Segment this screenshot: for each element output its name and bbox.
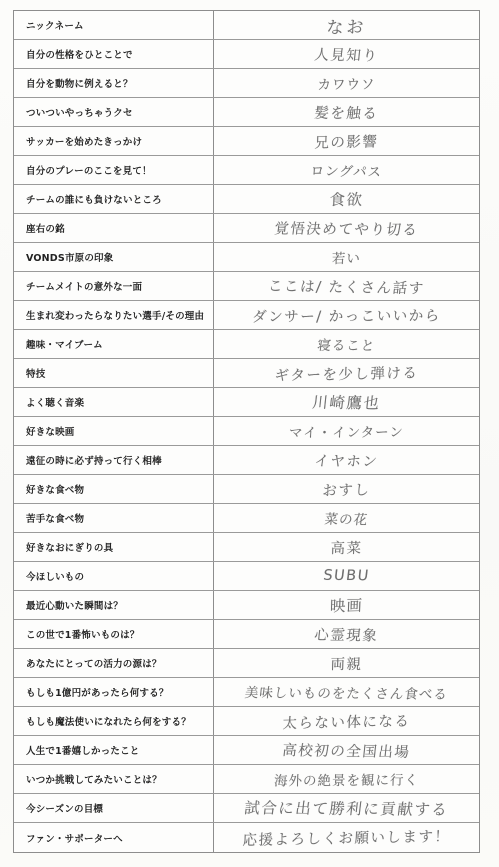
questionnaire-table: ニックネーム なお 自分の性格をひとことで 人見知り 自分を動物に例えると？ カ… — [13, 10, 480, 853]
table-row: ついついやっちゃうクセ 髪を触る — [14, 98, 479, 127]
table-row: 遠征の時に必ず持って行く相棒 イヤホン — [14, 446, 479, 475]
answer-handwriting: 太らない体になる — [214, 704, 480, 737]
answer-handwriting: 試合に出て勝利に貢献する — [212, 793, 480, 823]
table-row: 好きな映画 マイ・インターン — [14, 417, 479, 446]
question-label: 生まれ変わったらなりたい選手/その理由 — [14, 301, 214, 329]
table-row: この世で1番怖いものは？ 心霊現象 — [14, 620, 479, 649]
answer-handwriting: ロングパス — [213, 154, 481, 186]
question-label: 座右の銘 — [14, 214, 214, 242]
question-label: 人生で1番嬉しかったこと — [14, 736, 214, 764]
table-row: チームの誰にも負けないところ 食欲 — [14, 185, 479, 214]
answer-handwriting: SUBU — [212, 561, 480, 591]
question-label: ついついやっちゃうクセ — [14, 98, 214, 126]
question-label: 特技 — [14, 359, 214, 387]
table-row: 生まれ変わったらなりたい選手/その理由 ダンサー/ かっこいいから — [14, 301, 479, 330]
answer-handwriting: 両親 — [214, 648, 480, 678]
answer-handwriting: 美味しいものをたくさん食べる — [212, 677, 480, 707]
answer-handwriting: 川崎鷹也 — [213, 386, 481, 418]
answer-handwriting: 高校初の全国出場 — [213, 734, 481, 766]
table-row: 趣味・マイブーム 寝ること — [14, 330, 479, 359]
question-label: 自分の性格をひとことで — [14, 40, 214, 68]
answer-handwriting: ダンサー/ かっこいいから — [214, 300, 480, 330]
table-row: 最近心動いた瞬間は？ 映画 — [14, 591, 479, 620]
question-label: 苦手な食べ物 — [14, 504, 214, 532]
question-label: 好きな食べ物 — [14, 475, 214, 503]
table-row: もしも1億円があったら何する？ 美味しいものをたくさん食べる — [14, 678, 479, 707]
answer-handwriting: 菜の花 — [213, 502, 481, 534]
answer-handwriting: 応援よろしくお願いします！ — [214, 820, 480, 854]
answer-handwriting: マイ・インターン — [214, 416, 480, 446]
answer-handwriting: 高菜 — [214, 532, 480, 562]
question-label: 自分を動物に例えると？ — [14, 69, 214, 97]
table-row: ファン・サポーターへ 応援よろしくお願いします！ — [14, 823, 479, 852]
question-label: いつか挑戦してみたいことは？ — [14, 765, 214, 793]
question-label: 好きなおにぎりの具 — [14, 533, 214, 561]
answer-handwriting: 海外の絶景を観に行く — [214, 764, 480, 794]
question-label: チームの誰にも負けないところ — [14, 185, 214, 213]
answer-handwriting: 人見知り — [213, 38, 481, 70]
table-row: 自分の性格をひとことで 人見知り — [14, 40, 479, 69]
answer-handwriting: 寝ること — [212, 329, 480, 359]
question-label: 今シーズンの目標 — [14, 794, 214, 822]
question-label: あなたにとっての活力の源は？ — [14, 649, 214, 677]
table-row: 好きなおにぎりの具 高菜 — [14, 533, 479, 562]
question-label: 趣味・マイブーム — [14, 330, 214, 358]
table-row: あなたにとっての活力の源は？ 両親 — [14, 649, 479, 678]
question-label: この世で1番怖いものは？ — [14, 620, 214, 648]
answer-handwriting: 若い — [214, 240, 480, 273]
answer-handwriting: 心霊現象 — [213, 618, 481, 650]
table-row: VONDS市原の印象 若い — [14, 243, 479, 272]
table-row: 苦手な食べ物 菜の花 — [14, 504, 479, 533]
question-label: ファン・サポーターへ — [14, 823, 214, 852]
table-row: いつか挑戦してみたいことは？ 海外の絶景を観に行く — [14, 765, 479, 794]
table-row: 自分を動物に例えると？ カワウソ — [14, 69, 479, 98]
table-row: 好きな食べ物 おすし — [14, 475, 479, 504]
answer-handwriting: なお — [214, 8, 480, 41]
question-label: 自分のプレーのここを見て！ — [14, 156, 214, 184]
answer-handwriting: おすし — [214, 472, 480, 505]
question-label: 好きな映画 — [14, 417, 214, 445]
answer-handwriting: ここは/ たくさん話す — [213, 270, 481, 302]
question-label: 最近心動いた瞬間は？ — [14, 591, 214, 619]
answer-handwriting: イヤホン — [212, 445, 480, 475]
answer-handwriting: 髪を触る — [212, 97, 480, 127]
table-row: チームメイトの意外な一面 ここは/ たくさん話す — [14, 272, 479, 301]
answer-handwriting: 兄の影響 — [214, 124, 480, 157]
answer-handwriting: 食欲 — [214, 184, 480, 214]
question-label: チームメイトの意外な一面 — [14, 272, 214, 300]
question-label: よく聴く音楽 — [14, 388, 214, 416]
question-label: もしも魔法使いになれたら何をする？ — [14, 707, 214, 735]
question-label: 遠征の時に必ず持って行く相棒 — [14, 446, 214, 474]
question-label: VONDS市原の印象 — [14, 243, 214, 271]
answer-handwriting: ギターを少し弾ける — [214, 356, 480, 389]
table-row: 今ほしいもの SUBU — [14, 562, 479, 591]
table-row: 今シーズンの目標 試合に出て勝利に貢献する — [14, 794, 479, 823]
answer-handwriting: 覚悟決めてやり切る — [212, 213, 480, 243]
question-label: サッカーを始めたきっかけ — [14, 127, 214, 155]
table-row: よく聴く音楽 川崎鷹也 — [14, 388, 479, 417]
table-row: 自分のプレーのここを見て！ ロングパス — [14, 156, 479, 185]
answer-handwriting: 映画 — [214, 588, 480, 621]
table-row: 人生で1番嬉しかったこと 高校初の全国出場 — [14, 736, 479, 765]
table-row: サッカーを始めたきっかけ 兄の影響 — [14, 127, 479, 156]
table-row: 特技 ギターを少し弾ける — [14, 359, 479, 388]
table-row: 座右の銘 覚悟決めてやり切る — [14, 214, 479, 243]
question-label: もしも1億円があったら何する？ — [14, 678, 214, 706]
scanned-questionnaire-page: ニックネーム なお 自分の性格をひとことで 人見知り 自分を動物に例えると？ カ… — [0, 0, 499, 867]
table-row: もしも魔法使いになれたら何をする？ 太らない体になる — [14, 707, 479, 736]
answer-handwriting: カワウソ — [214, 68, 480, 98]
question-label: ニックネーム — [14, 11, 214, 39]
table-row: ニックネーム なお — [14, 11, 479, 40]
question-label: 今ほしいもの — [14, 562, 214, 590]
